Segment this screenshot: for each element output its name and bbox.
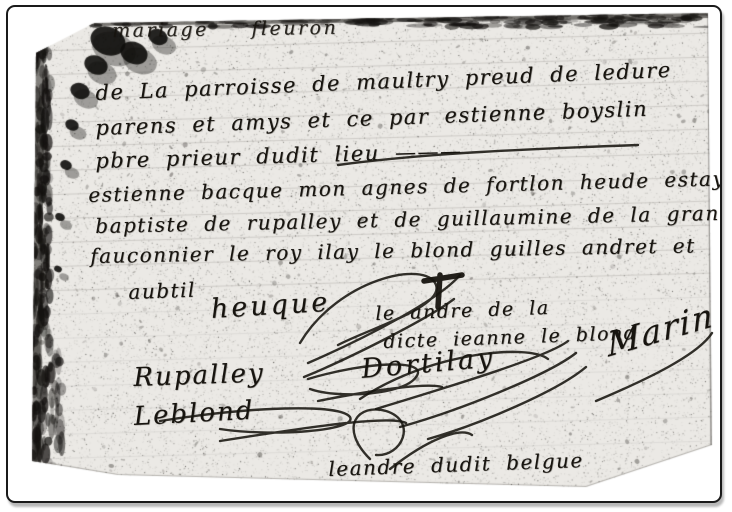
record-line: pbre prieur dudit lieu ———: [95, 139, 463, 173]
record-line: baptiste de rupalley et de guillaumine d…: [95, 201, 722, 238]
record-line: fauconnier le roy ilay le blond guilles …: [90, 233, 696, 268]
record-line: estienne bacque mon agnes de fortlon heu…: [88, 166, 722, 207]
signature-rupalley: Rupalley: [133, 358, 265, 393]
handwriting-layer: mariage fleuron de La parroisse de mault…: [8, 7, 720, 501]
signature-marin: Marin: [606, 294, 716, 364]
margin-note-line: le andre de la: [375, 297, 550, 325]
scanned-document-page: mariage fleuron de La parroisse de mault…: [0, 0, 732, 512]
signature-bottom-mark: leandre dudit belgue: [328, 448, 584, 481]
header-annotation: mariage fleuron: [112, 17, 338, 42]
signature-heuque: heuque: [210, 287, 331, 325]
scan-border-frame: mariage fleuron de La parroisse de mault…: [6, 5, 722, 503]
signature-leblond: Leblond: [133, 396, 255, 432]
record-line: aubtil: [128, 278, 196, 304]
signature-dortilay: Dortilay: [360, 342, 496, 385]
record-line: parens et amys et ce par estienne boysli…: [95, 97, 648, 140]
